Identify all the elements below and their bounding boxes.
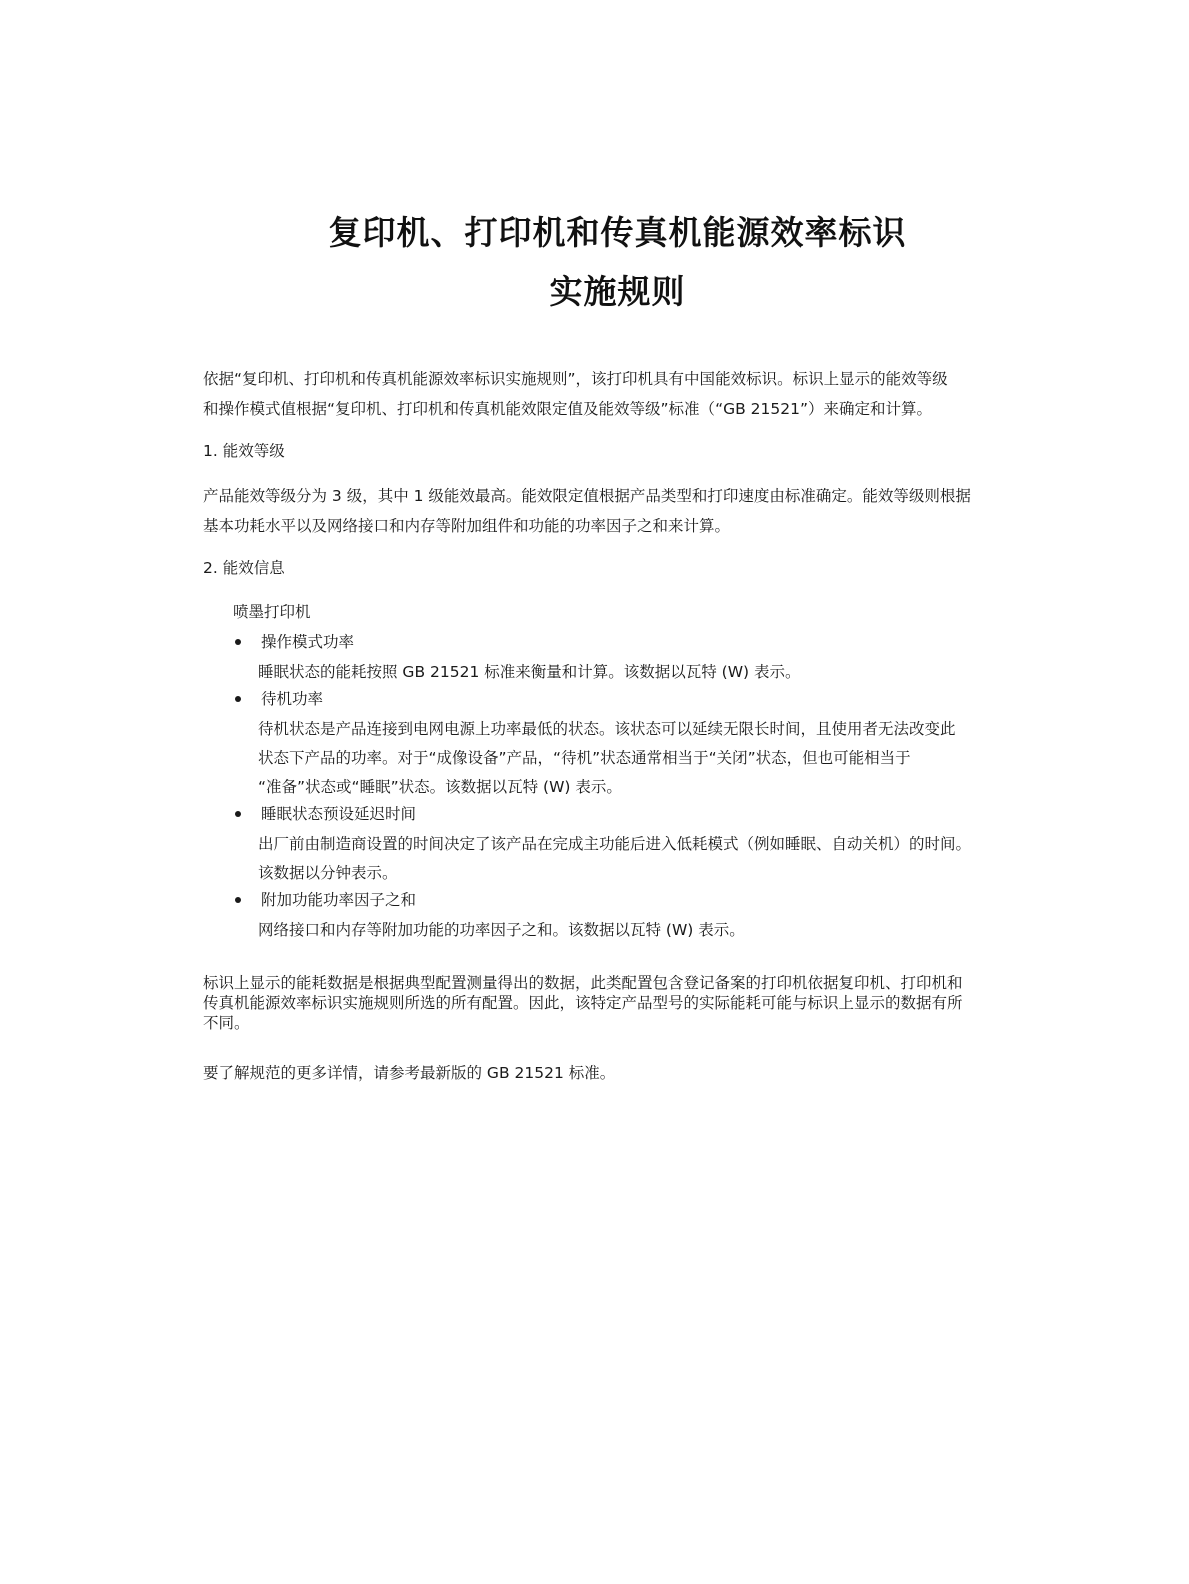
section-1-line: 基本功耗水平以及网络接口和内存等附加组件和功能的功率因子之和来计算。 — [203, 511, 1048, 541]
list-item-body: 睡眠状态的能耗按照 GB 21521 标准来衡量和计算。该数据以瓦特 (W) 表… — [258, 658, 801, 687]
list-item-title: 附加功能功率因子之和 — [261, 888, 416, 912]
list-item-body: 出厂前由制造商设置的时间决定了该产品在完成主功能后进入低耗模式（例如睡眠、自动关… — [258, 830, 971, 888]
list-item-body: 待机状态是产品连接到电网电源上功率最低的状态。该状态可以延续无限长时间，且使用者… — [258, 715, 956, 802]
bullet-icon — [235, 639, 241, 645]
list-item-title: 睡眠状态预设延迟时间 — [261, 802, 416, 826]
section-1-paragraph: 产品能效等级分为 3 级，其中 1 级能效最高。能效限定值根据产品类型和打印速度… — [203, 481, 1048, 541]
bullet-icon — [235, 811, 241, 817]
list-item-line: 网络接口和内存等附加功能的功率因子之和。该数据以瓦特 (W) 表示。 — [258, 916, 745, 945]
list-item-body: 网络接口和内存等附加功能的功率因子之和。该数据以瓦特 (W) 表示。 — [258, 916, 745, 945]
document-title: 复印机、打印机和传真机能源效率标识 — [0, 207, 1189, 254]
list-item-line: 待机状态是产品连接到电网电源上功率最低的状态。该状态可以延续无限长时间，且使用者… — [258, 715, 956, 744]
section-2-heading: 2. 能效信息 — [203, 557, 285, 579]
list-item-title: 待机功率 — [261, 687, 323, 711]
intro-line: 依据“复印机、打印机和传真机能源效率标识实施规则”，该打印机具有中国能效标识。标… — [203, 364, 1048, 394]
list-item-line: 睡眠状态的能耗按照 GB 21521 标准来衡量和计算。该数据以瓦特 (W) 表… — [258, 658, 801, 687]
intro-paragraph: 依据“复印机、打印机和传真机能源效率标识实施规则”，该打印机具有中国能效标识。标… — [203, 364, 1048, 424]
intro-line: 和操作模式值根据“复印机、打印机和传真机能效限定值及能效等级”标准（“GB 21… — [203, 394, 1048, 424]
list-item-line: “准备”状态或“睡眠”状态。该数据以瓦特 (W) 表示。 — [258, 773, 956, 802]
list-item-title: 操作模式功率 — [261, 630, 354, 654]
document-page: 复印机、打印机和传真机能源效率标识 实施规则 依据“复印机、打印机和传真机能源效… — [0, 0, 1189, 1584]
section-1-heading: 1. 能效等级 — [203, 440, 285, 462]
list-item-line: 状态下产品的功率。对于“成像设备”产品，“待机”状态通常相当于“关闭”状态，但也… — [258, 744, 956, 773]
note-paragraph: 标识上显示的能耗数据是根据典型配置测量得出的数据，此类配置包含登记备案的打印机依… — [203, 973, 1048, 1033]
document-subtitle: 实施规则 — [0, 266, 1189, 313]
list-item-line: 该数据以分钟表示。 — [258, 859, 971, 888]
note-line: 不同。 — [203, 1013, 1048, 1033]
section-1-line: 产品能效等级分为 3 级，其中 1 级能效最高。能效限定值根据产品类型和打印速度… — [203, 481, 1048, 511]
list-item-line: 出厂前由制造商设置的时间决定了该产品在完成主功能后进入低耗模式（例如睡眠、自动关… — [258, 830, 971, 859]
note-line: 传真机能源效率标识实施规则所选的所有配置。因此，该特定产品型号的实际能耗可能与标… — [203, 993, 1048, 1013]
printer-type-label: 喷墨打印机 — [233, 601, 311, 623]
note-line: 标识上显示的能耗数据是根据典型配置测量得出的数据，此类配置包含登记备案的打印机依… — [203, 973, 1048, 993]
closing-paragraph: 要了解规范的更多详情，请参考最新版的 GB 21521 标准。 — [203, 1063, 1048, 1083]
bullet-icon — [235, 696, 241, 702]
bullet-icon — [235, 897, 241, 903]
